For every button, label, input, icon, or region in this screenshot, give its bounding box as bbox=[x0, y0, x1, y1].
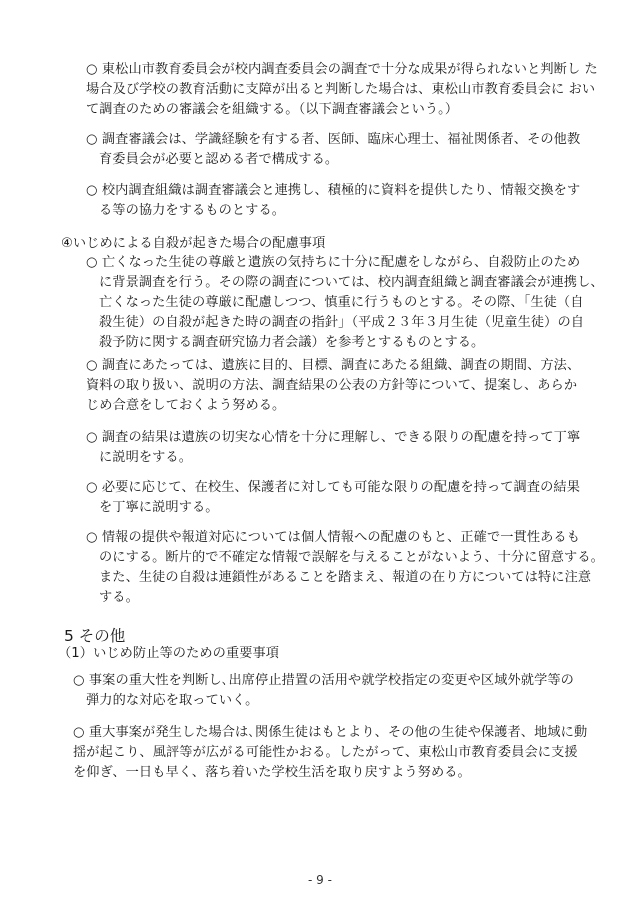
text-line: ○ 調査審議会は、学識経験を有する者、医師、臨床心理士、福祉関係者、その他教 bbox=[86, 130, 580, 150]
text-line: 場合及び学校の教育活動に支障が出ると判断した場合は、東松山市教育委員会に おい bbox=[86, 80, 595, 100]
text-line: ○ 東松山市教育委員会が校内調査委員会の調査で十分な成果が得られないと判断し た bbox=[86, 60, 598, 80]
text-line: ○ 校内調査組織は調査審議会と連携し、積極的に資料を提供したり、情報交換をす bbox=[86, 181, 580, 201]
text-line: ○ 重大事案が発生した場合は､関係生徒はもとより、その他の生徒や保護者、地域に動 bbox=[73, 723, 587, 743]
section-heading: 5 その他 bbox=[64, 626, 125, 646]
text-line: する。 bbox=[99, 588, 139, 608]
page-number: - 9 - bbox=[0, 873, 640, 887]
text-line: 揺が起こり、風評等が広がる可能性かおる。したがって、東松山市教育委員会に支援 bbox=[73, 743, 578, 763]
document-page: ○ 東松山市教育委員会が校内調査委員会の調査で十分な成果が得られないと判断し た… bbox=[0, 0, 640, 905]
text-line: る等の協力をするものとする。 bbox=[99, 201, 285, 221]
text-line: に背景調査を行う。その際の調査については、校内調査組織と調査審議会が連携し、 bbox=[99, 273, 604, 293]
section-heading: ④いじめによる自殺が起きた場合の配慮事項 bbox=[61, 234, 325, 254]
text-line: 殺予防に関する調査研究協力者会議）を参考とするものとする。 bbox=[99, 333, 484, 353]
text-line: に説明をする。 bbox=[99, 448, 192, 468]
text-line: ○ 亡くなった生徒の尊厳と遺族の気持ちに十分に配慮をしながら、自殺防止のため bbox=[86, 253, 580, 273]
text-line: を丁寧に説明する。 bbox=[99, 498, 219, 518]
text-line: ○ 事案の重大性を判断し､出席停止措置の活用や就学校指定の変更や区域外就学等の bbox=[73, 671, 574, 691]
text-line: ○ 調査の結果は遺族の切実な心情を十分に理解し、できる限りの配慮を持って丁寧 bbox=[86, 428, 580, 448]
text-line: て調査のための審議会を組織する。（以下調査審議会という。） bbox=[86, 100, 458, 120]
text-line: また、生徒の自殺は連鎖性があることを踏まえ、報道の在り方については特に注意 bbox=[99, 568, 591, 588]
text-line: を仰ぎ、一日も早く、落ち着いた学校生活を取り戻すよう努める。 bbox=[73, 763, 471, 783]
subsection-heading: （1）いじめ防止等のための重要事項 bbox=[58, 644, 279, 664]
text-line: じめ合意をしておくよう努める。 bbox=[86, 396, 285, 416]
text-line: 殺生徒）の自殺が起きた時の調査の指針」（平成２３年３月生徒（児童生徒）の自 bbox=[99, 313, 584, 333]
text-line: 亡くなった生徒の尊厳に配慮しつつ、慎重に行うものとする。その際、「生徒（自 bbox=[99, 293, 584, 313]
text-line: ○ 調査にあたっては、遺族に目的、目標、調査にあたる組織、調査の期間、方法、 bbox=[86, 356, 580, 376]
text-line: のにする。断片的で不確定な情報で誤解を与えることがないよう、十分に留意する。 bbox=[99, 548, 604, 568]
text-line: ○ 情報の提供や報道対応については個人情報への配慮のもと、正確で一貫性あるも bbox=[86, 528, 580, 548]
text-line: 資料の取り扱い、説明の方法、調査結果の公表の方針等について、提案し、あらか bbox=[86, 376, 577, 396]
text-line: 育委員会が必要と認める者で構成する。 bbox=[99, 150, 338, 170]
text-line: 弾力的な対応を取っていく。 bbox=[86, 691, 258, 711]
text-line: ○ 必要に応じて、在校生、保護者に対しても可能な限りの配慮を持って調査の結果 bbox=[86, 478, 580, 498]
